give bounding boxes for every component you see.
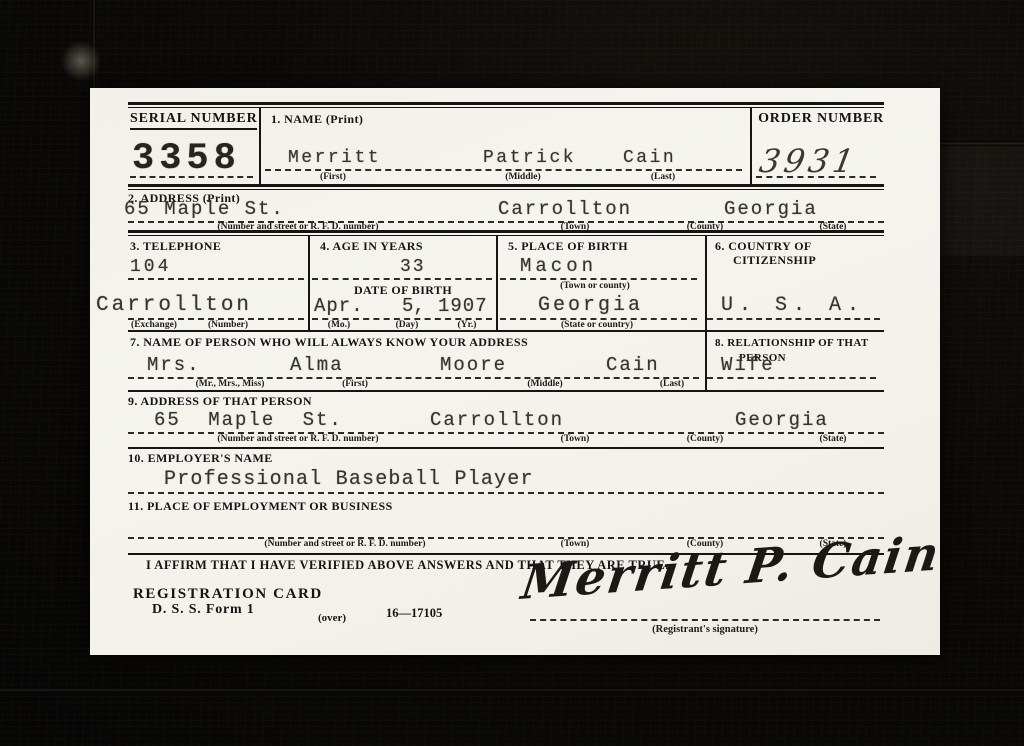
registration-card: SERIAL NUMBER 3358 1. NAME (Print) Merri…: [90, 88, 940, 655]
relationship-value: Wife: [721, 354, 775, 376]
section-contact-address: 9. ADDRESS OF THAT PERSON 65 Maple St. C…: [128, 392, 884, 447]
citizenship-label: 6. COUNTRY OF CITIZENSHIP: [715, 239, 884, 267]
address-line: 65 Maple St. Carrollton Georgia: [128, 199, 884, 223]
age-value: 33: [400, 257, 426, 277]
form-number: D. S. S. Form 1: [152, 602, 255, 618]
contact-cell: 7. NAME OF PERSON WHO WILL ALWAYS KNOW Y…: [128, 332, 707, 390]
contact-address-state-value: Georgia: [735, 409, 829, 431]
contact-sub-middle: (Middle): [527, 379, 562, 389]
contact-address-line: 65 Maple St. Carrollton Georgia: [128, 414, 884, 434]
light-glint: [58, 38, 104, 84]
serial-number-cell: SERIAL NUMBER 3358: [128, 108, 261, 184]
contact-label: 7. NAME OF PERSON WHO WILL ALWAYS KNOW Y…: [130, 335, 705, 350]
contact-first-value: Alma: [290, 354, 344, 376]
telephone-label: 3. TELEPHONE: [130, 239, 308, 254]
serial-number-value: 3358: [132, 138, 241, 180]
birthplace-town-value: Macon: [520, 255, 597, 277]
contact-address-sub-town: (Town): [561, 434, 590, 444]
serial-number-label: SERIAL NUMBER: [130, 111, 257, 130]
contact-address-sub-street: (Number and street or R. F. D. number): [217, 434, 378, 444]
telephone-exchange-line: Carrollton: [128, 298, 304, 320]
name-cell: 1. NAME (Print) Merritt Patrick Cain (Fi…: [261, 108, 752, 184]
order-number-line: 3931: [756, 138, 876, 178]
section-serial-name-order: SERIAL NUMBER 3358 1. NAME (Print) Merri…: [128, 108, 884, 184]
section-contact-relationship: 7. NAME OF PERSON WHO WILL ALWAYS KNOW Y…: [128, 332, 884, 390]
serial-number-line: 3358: [130, 136, 253, 178]
section-phone-age-birth: 3. TELEPHONE 104 Carrollton (Exchange) (…: [128, 236, 884, 330]
birthplace-sub-state: (State or country): [561, 320, 633, 330]
citizenship-value: U. S. A.: [721, 294, 865, 317]
dob-month-value: Apr.: [314, 295, 364, 317]
order-number-value: 3931: [757, 142, 861, 180]
contact-address-street-value: 65 Maple St.: [154, 409, 343, 431]
contact-last-value: Cain: [606, 354, 660, 376]
print-code: 16—17105: [386, 606, 442, 621]
age-label: 4. AGE IN YEARS: [320, 239, 496, 254]
wood-plank-highlight: [933, 146, 1024, 256]
address-state-value: Georgia: [724, 198, 818, 220]
section-address: 2. ADDRESS (Print) 65 Maple St. Carrollt…: [128, 191, 884, 230]
dob-year-value: 1907: [438, 295, 488, 317]
employer-line: Professional Baseball Player: [128, 470, 884, 494]
section-employer: 10. EMPLOYER'S NAME Professional Basebal…: [128, 449, 884, 496]
employment-sub-street: (Number and street or R. F. D. number): [264, 539, 425, 549]
rule-a: [128, 184, 884, 190]
name-sub-first: (First): [320, 172, 346, 182]
name-middle-value: Patrick: [483, 148, 576, 168]
dob-sub-year: (Yr.): [458, 320, 477, 330]
relationship-label-line1: 8. RELATIONSHIP OF THAT: [715, 337, 869, 349]
citizenship-label-line2: CITIZENSHIP: [733, 253, 816, 267]
telephone-number-line: 104: [128, 260, 304, 280]
name-last-value: Cain: [623, 148, 676, 168]
contact-middle-value: Moore: [440, 354, 507, 376]
birthplace-cell: 5. PLACE OF BIRTH Macon (Town or county)…: [498, 236, 707, 330]
name-label: 1. NAME (Print): [271, 112, 750, 127]
employment-label: 11. PLACE OF EMPLOYMENT OR BUSINESS: [128, 499, 393, 514]
relationship-cell: 8. RELATIONSHIP OF THAT PERSON Wife: [707, 332, 884, 390]
citizenship-cell: 6. COUNTRY OF CITIZENSHIP U. S. A.: [707, 236, 884, 330]
name-sub-middle: (Middle): [505, 172, 540, 182]
telephone-sub-exchange: (Exchange): [131, 320, 177, 330]
telephone-cell: 3. TELEPHONE 104 Carrollton (Exchange) (…: [128, 236, 310, 330]
contact-address-label: 9. ADDRESS OF THAT PERSON: [128, 394, 312, 409]
over-note: (over): [318, 612, 346, 624]
dob-day-value: 5,: [402, 295, 425, 317]
address-street-value: 65 Maple St.: [124, 198, 285, 220]
contact-address-town-value: Carrollton: [430, 409, 564, 431]
name-first-value: Merritt: [288, 148, 381, 168]
telephone-sub-number: (Number): [208, 320, 248, 330]
citizenship-label-line1: 6. COUNTRY OF: [715, 239, 812, 253]
contact-line: Mrs. Alma Moore Cain: [128, 354, 699, 379]
card-title: REGISTRATION CARD: [133, 586, 323, 603]
order-number-cell: ORDER NUMBER 3931: [752, 108, 884, 184]
contact-address-sub-county: (County): [687, 434, 723, 444]
signature-sublabel: (Registrant's signature): [652, 624, 758, 635]
telephone-exchange-value: Carrollton: [96, 294, 252, 317]
employment-sub-town: (Town): [561, 539, 590, 549]
contact-address-sublabels: (Number and street or R. F. D. number) (…: [128, 434, 884, 444]
birthplace-state-line: Georgia: [500, 298, 697, 320]
signature-line: [530, 619, 880, 621]
telephone-number-value: 104: [130, 257, 171, 277]
birthplace-town-line: Macon: [500, 260, 697, 280]
wood-seam-bottom: [0, 688, 1024, 692]
contact-sub-first: (First): [342, 379, 368, 389]
address-town-value: Carrollton: [498, 198, 632, 220]
birthplace-sub-town: (Town or county): [560, 281, 630, 291]
birthplace-label: 5. PLACE OF BIRTH: [508, 239, 705, 254]
name-line: Merritt Patrick Cain: [265, 145, 742, 171]
employer-value: Professional Baseball Player: [164, 468, 534, 491]
order-number-label: ORDER NUMBER: [758, 111, 884, 127]
age-cell: 4. AGE IN YEARS 33 DATE OF BIRTH Apr. 5,…: [310, 236, 498, 330]
contact-sub-title: (Mr., Mrs., Miss): [196, 379, 265, 389]
name-sub-last: (Last): [651, 172, 675, 182]
contact-address-sub-state: (State): [820, 434, 847, 444]
citizenship-line: U. S. A.: [707, 298, 880, 320]
contact-sub-last: (Last): [660, 379, 684, 389]
dob-sub-day: (Day): [396, 320, 419, 330]
name-sublabels: (First) (Middle) (Last): [265, 172, 742, 184]
dob-sub-month: (Mo.): [328, 320, 350, 330]
birthplace-state-value: Georgia: [538, 294, 643, 317]
age-line: 33: [312, 260, 492, 280]
date-of-birth-line: Apr. 5, 1907: [312, 298, 492, 320]
employer-label: 10. EMPLOYER'S NAME: [128, 451, 273, 466]
contact-title-value: Mrs.: [147, 354, 201, 376]
relationship-line: Wife: [707, 354, 876, 379]
